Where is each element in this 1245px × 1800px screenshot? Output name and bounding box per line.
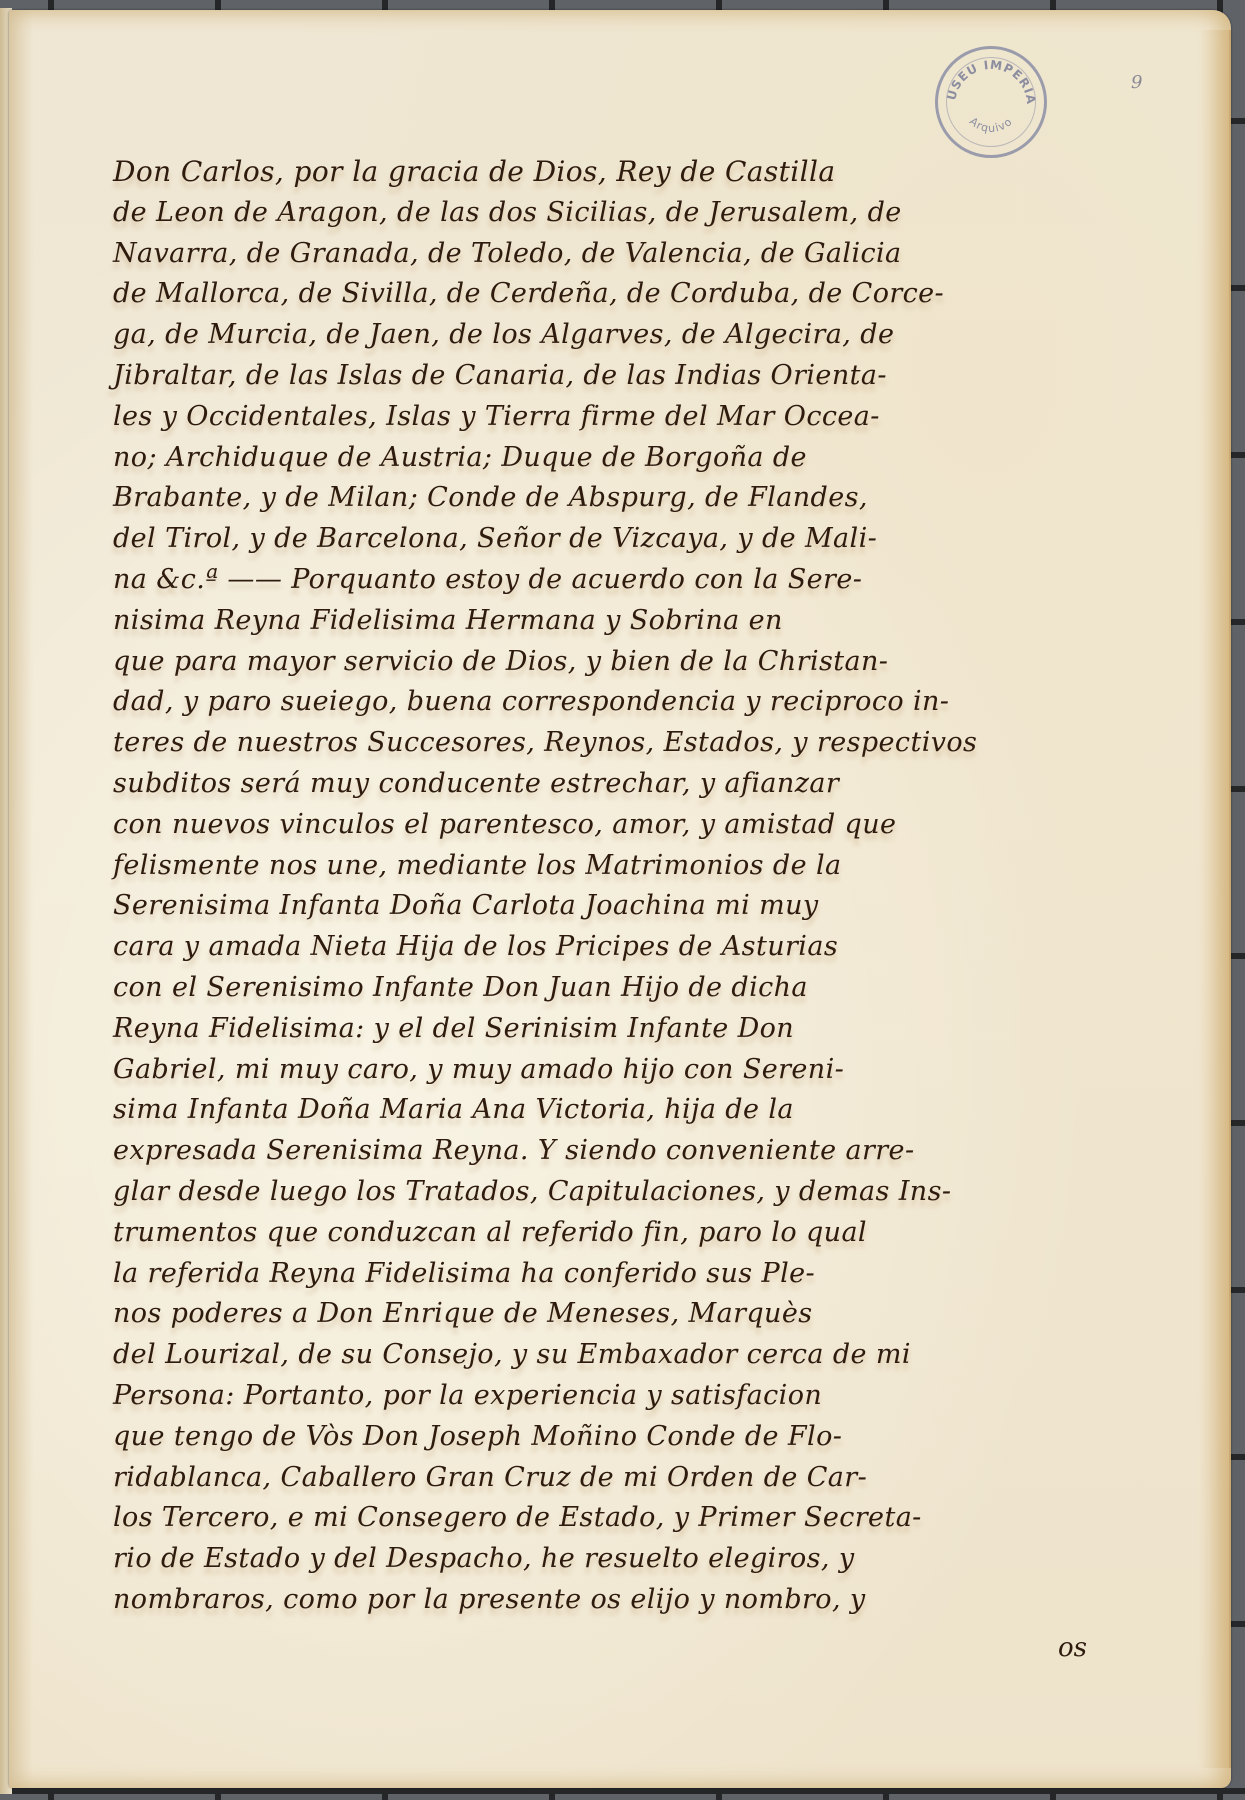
manuscript-text: Don Carlos, por la gracia de Dios, Rey d… <box>113 152 1123 1621</box>
svg-text:Arquivo: Arquivo <box>967 115 1015 135</box>
page-gutter-shading <box>9 10 33 1788</box>
manuscript-line: los Tercero, e mi Consegero de Estado, y… <box>113 1498 1123 1539</box>
manuscript-line: con el Serenisimo Infante Don Juan Hijo … <box>113 968 1123 1009</box>
manuscript-line: ridablanca, Caballero Gran Cruz de mi Or… <box>113 1458 1123 1499</box>
manuscript-line: que para mayor servicio de Dios, y bien … <box>113 642 1123 683</box>
manuscript-line: la referida Reyna Fidelisima ha conferid… <box>113 1254 1123 1295</box>
manuscript-line: ga, de Murcia, de Jaen, de los Algarves,… <box>113 315 1123 356</box>
manuscript-line: trumentos que conduzcan al referido fin,… <box>113 1213 1123 1254</box>
manuscript-line: rio de Estado y del Despacho, he resuelt… <box>113 1539 1123 1580</box>
manuscript-line: subditos será muy conducente estrechar, … <box>113 764 1123 805</box>
manuscript-line: Gabriel, mi muy caro, y muy amado hijo c… <box>113 1050 1123 1091</box>
manuscript-line: na &c.ª —— Porquanto estoy de acuerdo co… <box>113 560 1123 601</box>
manuscript-line: Navarra, de Granada, de Toledo, de Valen… <box>113 234 1123 275</box>
manuscript-line: que tengo de Vòs Don Joseph Moñino Conde… <box>113 1417 1123 1458</box>
stamp-bottom-text: Arquivo <box>967 115 1015 135</box>
manuscript-line: nombraros, como por la presente os elijo… <box>113 1580 1123 1621</box>
manuscript-line: teres de nuestros Succesores, Reynos, Es… <box>113 723 1123 764</box>
manuscript-line: con nuevos vinculos el parentesco, amor,… <box>113 805 1123 846</box>
museu-imperial-stamp: MUSEU IMPERIAL Arquivo <box>935 46 1047 158</box>
catchword: os <box>1058 1633 1087 1663</box>
manuscript-line: Serenisima Infanta Doña Carlota Joachina… <box>113 886 1123 927</box>
manuscript-line: glar desde luego los Tratados, Capitulac… <box>113 1172 1123 1213</box>
page-right-edge <box>1199 30 1231 1768</box>
manuscript-line: Don Carlos, por la gracia de Dios, Rey d… <box>113 152 1123 193</box>
manuscript-line: del Lourizal, de su Consejo, y su Embaxa… <box>113 1335 1123 1376</box>
manuscript-line: les y Occidentales, Islas y Tierra firme… <box>113 397 1123 438</box>
manuscript-line: de Leon de Aragon, de las dos Sicilias, … <box>113 193 1123 234</box>
manuscript-line: cara y amada Nieta Hija de los Pricipes … <box>113 927 1123 968</box>
folio-number: 9 <box>1131 72 1142 93</box>
manuscript-line: de Mallorca, de Sivilla, de Cerdeña, de … <box>113 274 1123 315</box>
manuscript-line: Reyna Fidelisima: y el del Serinisim Inf… <box>113 1009 1123 1050</box>
manuscript-line: Brabante, y de Milan; Conde de Abspurg, … <box>113 478 1123 519</box>
stamp-top-text: MUSEU IMPERIAL <box>938 49 1038 106</box>
svg-text:MUSEU IMPERIAL: MUSEU IMPERIAL <box>938 49 1038 106</box>
manuscript-line: Jibraltar, de las Islas de Canaria, de l… <box>113 356 1123 397</box>
manuscript-line: nos poderes a Don Enrique de Meneses, Ma… <box>113 1294 1123 1335</box>
manuscript-line: felismente nos une, mediante los Matrimo… <box>113 846 1123 887</box>
stamp-text-ring: MUSEU IMPERIAL Arquivo <box>938 49 1044 155</box>
manuscript-line: sima Infanta Doña Maria Ana Victoria, hi… <box>113 1090 1123 1131</box>
manuscript-line: del Tirol, y de Barcelona, Señor de Vizc… <box>113 519 1123 560</box>
manuscript-line: expresada Serenisima Reyna. Y siendo con… <box>113 1131 1123 1172</box>
manuscript-line: no; Archiduque de Austria; Duque de Borg… <box>113 438 1123 479</box>
manuscript-line: Persona: Portanto, por la experiencia y … <box>113 1376 1123 1417</box>
manuscript-line: dad, y paro sueiego, buena correspondenc… <box>113 682 1123 723</box>
manuscript-line: nisima Reyna Fidelisima Hermana y Sobrin… <box>113 601 1123 642</box>
